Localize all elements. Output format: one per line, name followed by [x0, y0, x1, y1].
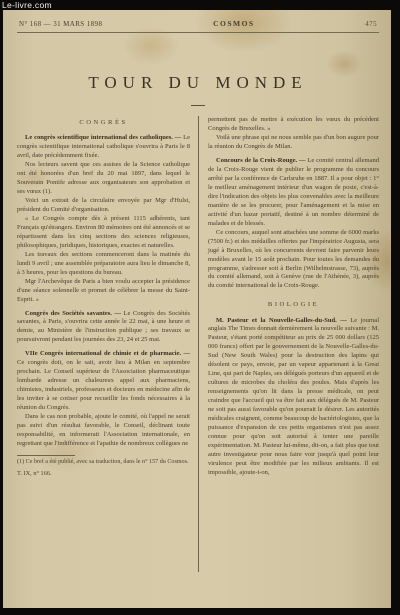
journal-title: COSMOS [213, 19, 255, 28]
paragraph-lead: Le congrès scientifique international de… [25, 134, 183, 141]
paragraph: M. Pasteur et la Nouvelle-Galles-du-Sud.… [208, 317, 379, 478]
text-columns: CONGRÈSLe congrès scientifique internati… [17, 116, 379, 572]
paragraph: Nos lecteurs savent que ces assises de l… [17, 161, 190, 197]
scan-frame: Le-livre.com N° 168 — 31 MARS 1898 COSMO… [0, 0, 400, 615]
paragraph: Voilà une phrase qui ne nous semble pas … [208, 134, 379, 152]
left-column: CONGRÈSLe congrès scientifique internati… [17, 116, 198, 572]
paragraph: Le congrès scientifique international de… [17, 134, 190, 161]
watermark: Le-livre.com [2, 0, 52, 10]
paragraph: Ce concours, auquel sont attachées une s… [208, 229, 379, 292]
paragraph: VIIe Congrès international de chimie et … [17, 350, 190, 413]
section-title: TOUR DU MONDE [17, 73, 379, 93]
page-number: 475 [365, 20, 377, 28]
volume-signature: T. IX, n° 166. [17, 470, 190, 479]
footnote: (1) Ce bref a été publié, avec sa traduc… [17, 455, 190, 466]
paragraph-lead: Congrès des Sociétés savantes. — [25, 310, 124, 317]
paragraph: Concours de la Croix-Rouge. — Le comité … [208, 157, 379, 229]
column-heading: BIOLOGIE [208, 300, 379, 309]
paragraph: Congrès des Sociétés savantes. — Le Cong… [17, 310, 190, 346]
title-divider [191, 105, 205, 106]
paragraph: Les travaux des sections commenceront da… [17, 251, 190, 278]
paragraph: Voici un extrait de la circulaire envoyé… [17, 197, 190, 215]
paragraph-lead: M. Pasteur et la Nouvelle-Galles-du-Sud.… [216, 317, 350, 324]
journal-page: N° 168 — 31 MARS 1898 COSMOS 475 TOUR DU… [3, 10, 391, 608]
column-heading: CONGRÈS [17, 118, 190, 127]
paragraph: Mgr l'Archevêque de Paris a bien voulu a… [17, 278, 190, 305]
right-column: permettent pas de mettre à exécution les… [198, 116, 379, 572]
paragraph: permettent pas de mettre à exécution les… [208, 116, 379, 134]
paragraph: « Le Congrès compte dès à présent 1115 a… [17, 215, 190, 251]
paragraph-lead: VIIe Congrès international de chimie et … [25, 350, 190, 357]
issue-info: N° 168 — 31 MARS 1898 [19, 20, 102, 28]
masthead: N° 168 — 31 MARS 1898 COSMOS 475 [17, 17, 379, 33]
paragraph: Dans le cas non probable, ajoute le comi… [17, 413, 190, 449]
paragraph-lead: Concours de la Croix-Rouge. — [216, 157, 307, 164]
